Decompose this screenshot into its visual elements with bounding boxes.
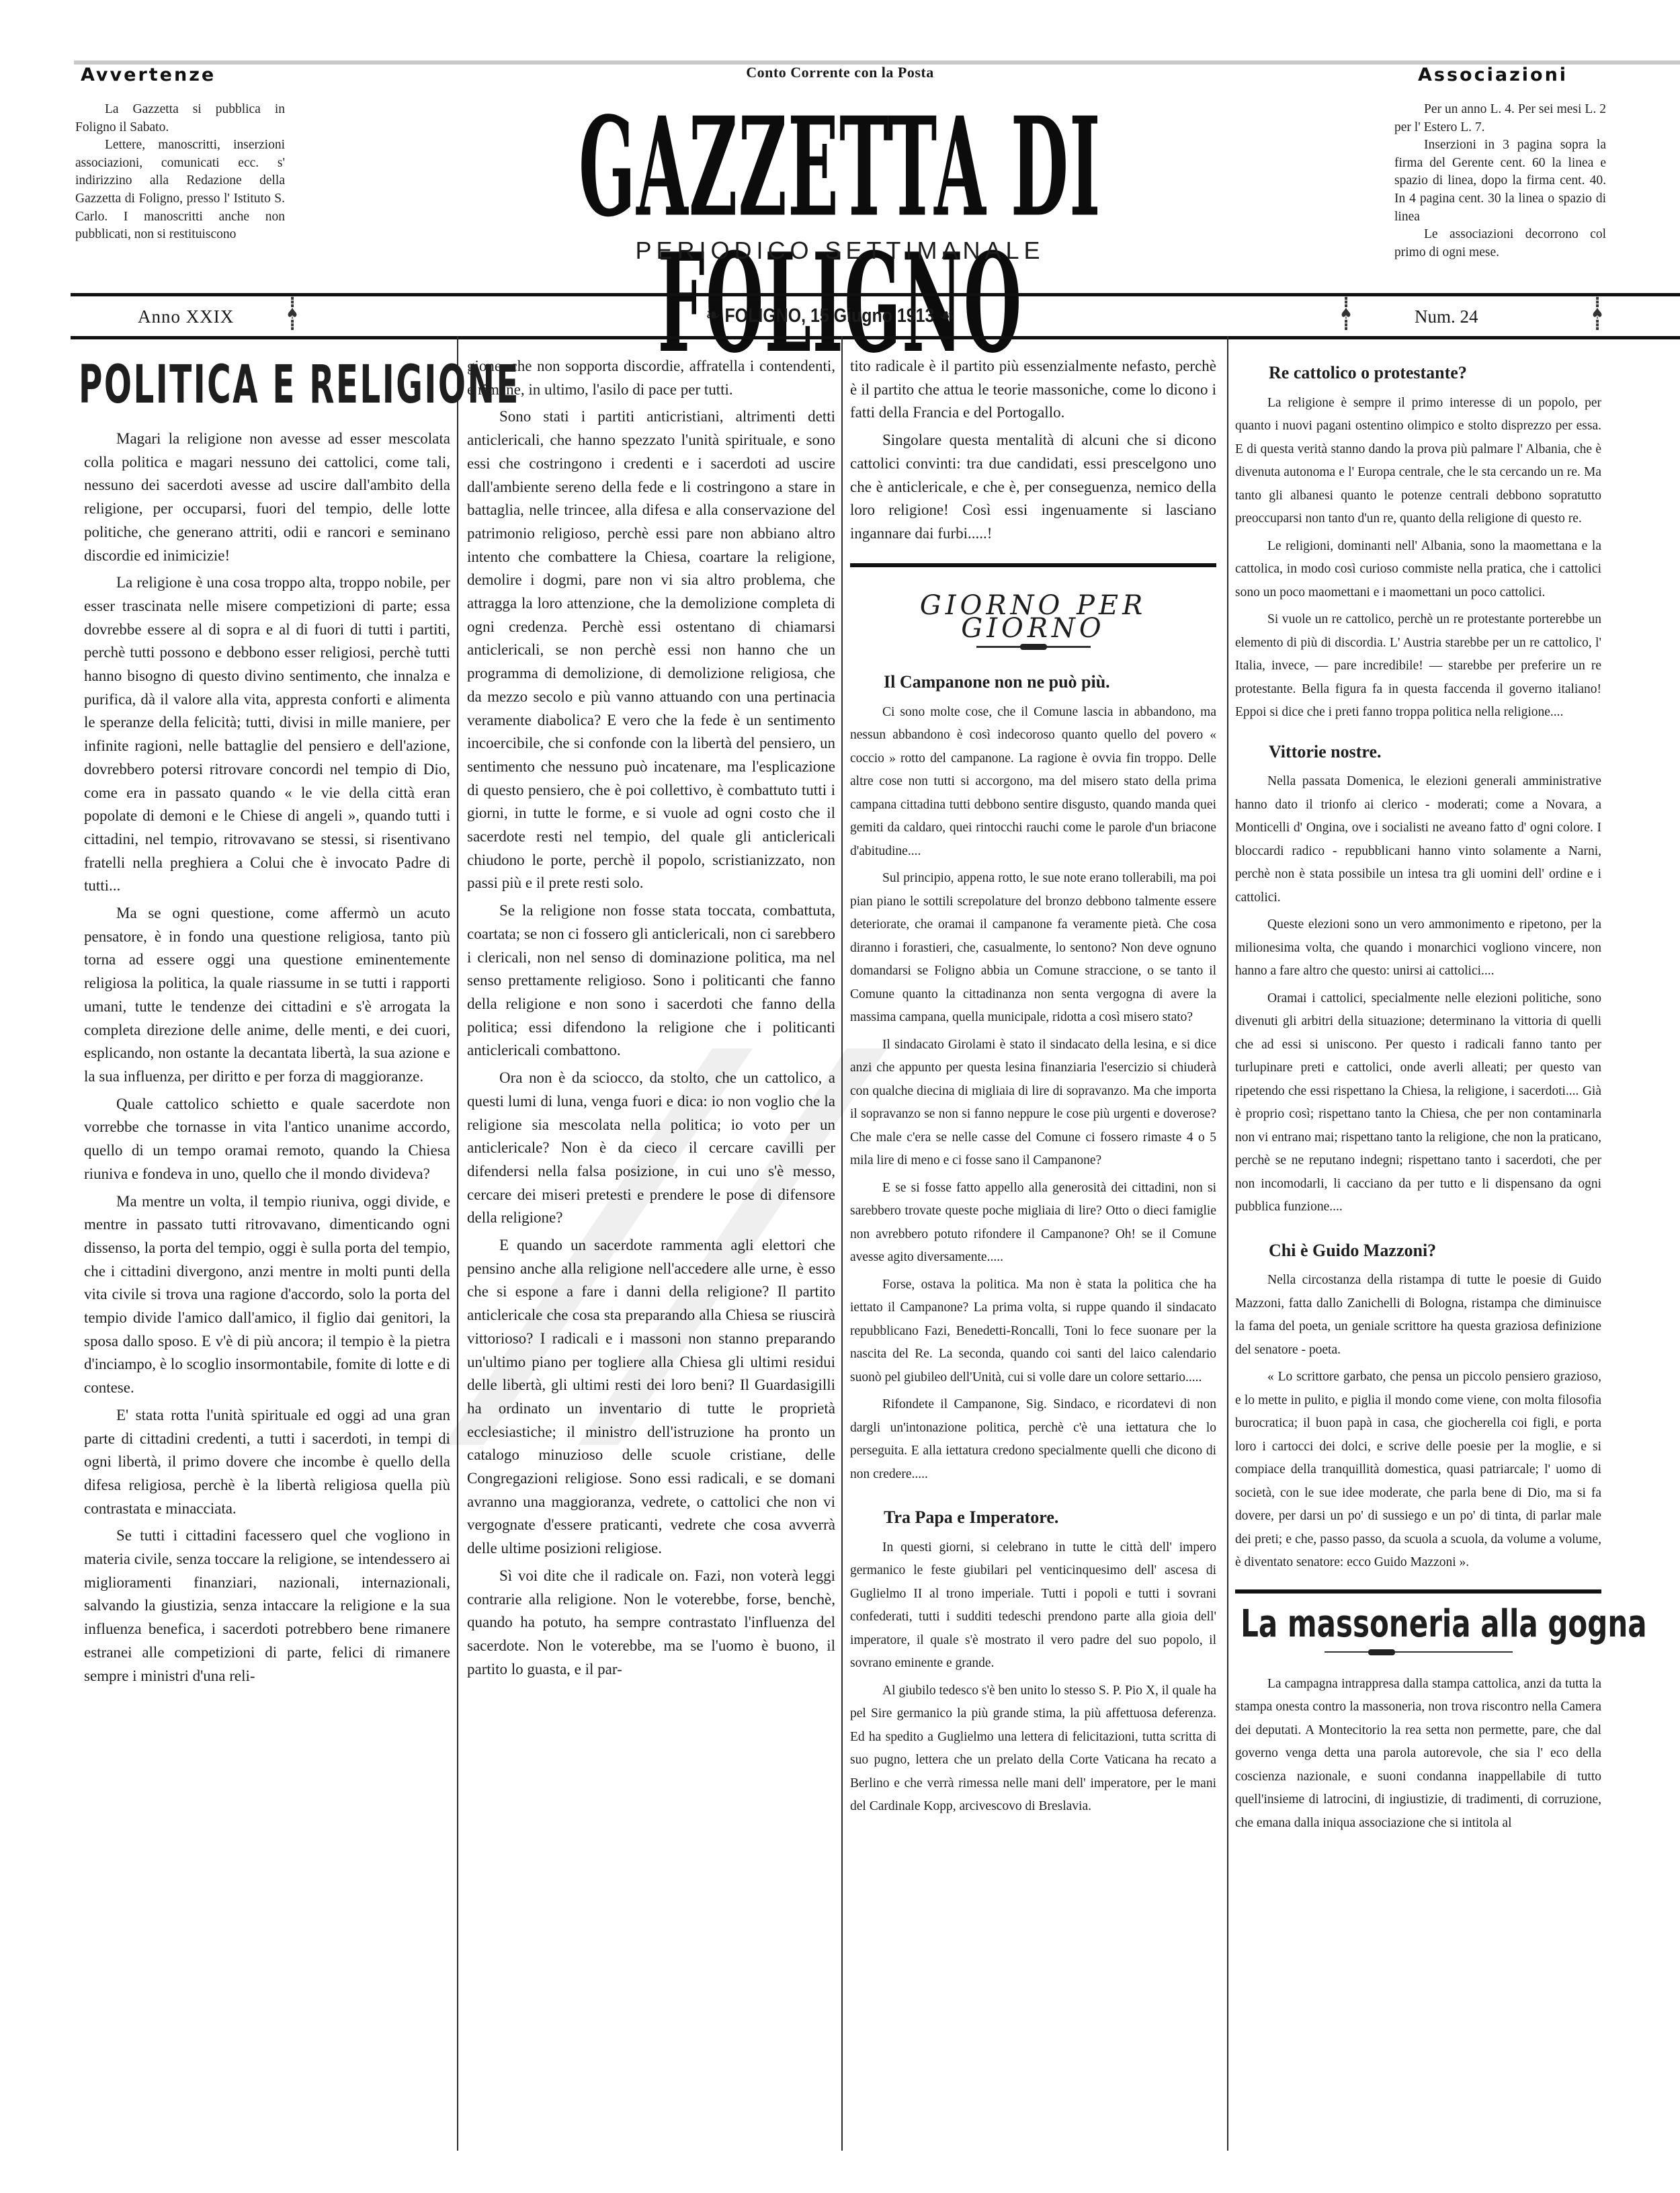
article-paragraph: La religione è una cosa troppo alta, tro… bbox=[84, 571, 450, 898]
newspaper-title: GAZZETTA DI FOLIGNO bbox=[480, 99, 1199, 372]
article-paragraph: tito radicale è il partito più essenzial… bbox=[850, 355, 1216, 425]
article-paragraph: Ma se ogni questione, come affermò un ac… bbox=[84, 902, 450, 1089]
article-paragraph: Sul principio, appena rotto, le sue note… bbox=[850, 867, 1216, 1030]
fleuron-left-icon: ❧ bbox=[706, 304, 720, 327]
article-paragraph: Magari la religione non avesse ad esser … bbox=[84, 427, 450, 567]
article-paragraph: In questi giorni, si celebrano in tutte … bbox=[850, 1536, 1216, 1675]
article-paragraph: Ci sono molte cose, che il Comune lascia… bbox=[850, 701, 1216, 864]
associazioni-paragraph: Per un anno L. 4. Per sei mesi L. 2 per … bbox=[1394, 101, 1606, 136]
conto-corrente-label: Conto Corrente con la Posta bbox=[638, 64, 1042, 81]
article-paragraph: La campagna intrappresa dalla stampa cat… bbox=[1235, 1673, 1601, 1835]
subhead-vittorie: Vittorie nostre. bbox=[1235, 741, 1601, 764]
associazioni-title: Associazioni bbox=[1418, 65, 1568, 85]
associazioni-paragraph: Le associazioni decorrono col primo di o… bbox=[1394, 226, 1606, 261]
ornament-icon: ⁝♠⁝ bbox=[1591, 297, 1604, 331]
article-paragraph: Forse, ostava la politica. Ma non è stat… bbox=[850, 1274, 1216, 1390]
article-paragraph: E se si fosse fatto appello alla generos… bbox=[850, 1177, 1216, 1270]
subhead-mazzoni: Chi è Guido Mazzoni? bbox=[1235, 1239, 1601, 1263]
column-2: gione, che non sopporta discordie, affra… bbox=[467, 355, 835, 1685]
section-divider bbox=[1235, 1589, 1601, 1594]
article-paragraph: Sono stati i partiti anticristiani, altr… bbox=[467, 405, 835, 895]
section-headline-giorno: GIORNO PER GIORNO bbox=[850, 594, 1216, 640]
year-label: Anno XXIX bbox=[138, 306, 234, 327]
dateline-bottom-rule bbox=[71, 336, 1680, 339]
article-paragraph: La religione è sempre il primo interesse… bbox=[1235, 392, 1601, 531]
article-paragraph: « Lo scrittore garbato, che pensa un pic… bbox=[1235, 1366, 1601, 1575]
dateline: Anno XXIX ⁝♠⁝ ❧ FOLIGNO, 15 Giugno 1913 … bbox=[71, 301, 1680, 331]
article-paragraph: E' stata rotta l'unità spirituale ed ogg… bbox=[84, 1404, 450, 1521]
avvertenze-paragraph: Lettere, manoscritti, inserzioni associa… bbox=[75, 136, 285, 244]
column-divider bbox=[457, 336, 458, 2151]
article-headline-politica: POLITICA E RELIGIONE bbox=[79, 355, 456, 415]
article-paragraph: Si vuole un re cattolico, perchè un re p… bbox=[1235, 608, 1601, 725]
fleuron-right-icon: ☙ bbox=[939, 304, 954, 327]
article-paragraph: Ora non è da sciocco, da stolto, che un … bbox=[467, 1067, 835, 1230]
column-divider bbox=[841, 336, 843, 2151]
subhead-re: Re cattolico o protestante? bbox=[1235, 362, 1601, 385]
article-paragraph: Quale cattolico schietto e quale sacerdo… bbox=[84, 1093, 450, 1186]
article-paragraph: Oramai i cattolici, specialmente nelle e… bbox=[1235, 987, 1601, 1219]
column-3: tito radicale è il partito più essenzial… bbox=[850, 355, 1216, 1823]
article-headline-massoneria: La massoneria alla gogna bbox=[1241, 1600, 1596, 1649]
article-paragraph: Ma mentre un volta, il tempio riuniva, o… bbox=[84, 1190, 450, 1400]
associazioni-box: Per un anno L. 4. Per sei mesi L. 2 per … bbox=[1394, 101, 1606, 261]
issue-date: ❧ FOLIGNO, 15 Giugno 1913 ☙ bbox=[706, 304, 954, 327]
avvertenze-paragraph: La Gazzetta si pubblica in Foligno il Sa… bbox=[75, 101, 285, 136]
column-4: Re cattolico o protestante? La religione… bbox=[1235, 355, 1601, 1839]
article-paragraph: Nella circostanza della ristampa di tutt… bbox=[1235, 1269, 1601, 1362]
dateline-top-rule bbox=[71, 293, 1680, 296]
ornament-icon: ⁝♠⁝ bbox=[286, 297, 299, 331]
article-paragraph: Le religioni, dominanti nell' Albania, s… bbox=[1235, 535, 1601, 605]
article-paragraph: Singolare questa mentalità di alcuni che… bbox=[850, 429, 1216, 546]
article-paragraph: Il sindacato Girolami è stato il sindaca… bbox=[850, 1034, 1216, 1173]
section-divider bbox=[850, 563, 1216, 567]
issue-number: Num. 24 bbox=[1415, 306, 1478, 327]
subhead-campanone: Il Campanone non ne può più. bbox=[850, 671, 1216, 694]
newspaper-subtitle: PERIODICO SETTIMANALE bbox=[538, 237, 1142, 265]
swash-ornament bbox=[976, 646, 1091, 648]
article-paragraph: Rifondete il Campanone, Sig. Sindaco, e … bbox=[850, 1393, 1216, 1486]
column-divider bbox=[1227, 336, 1228, 2151]
avvertenze-box: La Gazzetta si pubblica in Foligno il Sa… bbox=[75, 101, 285, 244]
ornament-icon: ⁝♠⁝ bbox=[1339, 297, 1353, 331]
column-1: POLITICA E RELIGIONE Magari la religione… bbox=[84, 355, 450, 1692]
article-paragraph: gione, che non sopporta discordie, affra… bbox=[467, 355, 835, 401]
date-text: FOLIGNO, 15 Giugno 1913 bbox=[725, 305, 935, 327]
swash-ornament bbox=[1325, 1651, 1513, 1653]
article-paragraph: Nella passata Domenica, le elezioni gene… bbox=[1235, 770, 1601, 909]
subhead-papa: Tra Papa e Imperatore. bbox=[850, 1506, 1216, 1530]
avvertenze-title: Avvertenze bbox=[81, 65, 216, 85]
article-paragraph: Queste elezioni sono un vero ammonimento… bbox=[1235, 913, 1601, 983]
article-paragraph: Se tutti i cittadini facessero quel che … bbox=[84, 1524, 450, 1688]
article-paragraph: Sì voi dite che il radicale on. Fazi, no… bbox=[467, 1565, 835, 1682]
article-paragraph: Se la religione non fosse stata toccata,… bbox=[467, 899, 835, 1063]
associazioni-paragraph: Inserzioni in 3 pagina sopra la firma de… bbox=[1394, 136, 1606, 226]
article-paragraph: E quando un sacerdote rammenta agli elet… bbox=[467, 1234, 835, 1561]
newspaper-page: Avvertenze La Gazzetta si pubblica in Fo… bbox=[0, 0, 1680, 2193]
article-paragraph: Al giubilo tedesco s'è ben unito lo stes… bbox=[850, 1680, 1216, 1819]
